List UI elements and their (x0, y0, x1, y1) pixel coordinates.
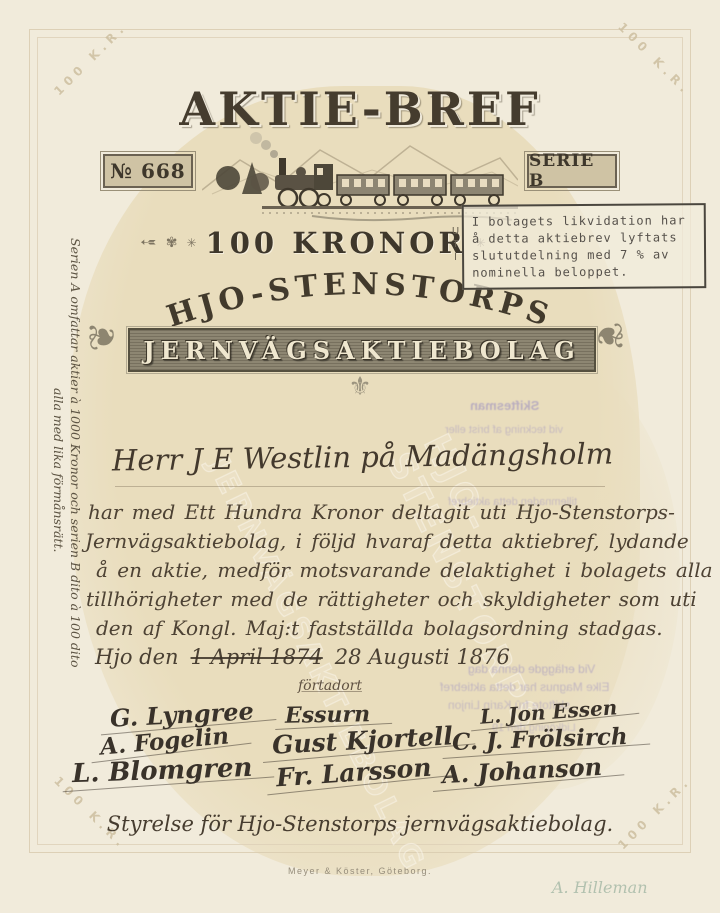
show-through-signature: A. Hilleman (552, 878, 648, 897)
signature: Essurn (285, 701, 371, 728)
date-line: Hjo den 1 April 1874 28 Augusti 1876 (95, 645, 510, 669)
certificate-number-plaque: № 668 (103, 154, 193, 188)
date-prefix: Hjo den (95, 645, 179, 669)
body-text-line: å en aktie, medför motsvarande delaktigh… (96, 558, 713, 582)
company-banner-text: JERNVÄGSAKTIEBOLAG (143, 336, 580, 365)
floral-flourish-icon: ✾ (166, 235, 178, 251)
denomination-row: ➵ ✾ ✳ 100 KRONOR ✳ (140, 226, 486, 260)
certificate-number: № 668 (110, 159, 185, 183)
denomination-suffix: UTI (450, 226, 461, 265)
stamp-line: slututdelning med 7 % av (472, 246, 698, 265)
date-correction-annotation: förtadort (298, 678, 362, 694)
board-caption-line: Styrelse för Hjo-Stenstorps jernvägsakti… (0, 812, 720, 836)
body-text-line: den af Kongl. Maj:t fastställda bolagsor… (96, 616, 663, 640)
struck-date: 1 April 1874 (191, 645, 323, 669)
series-label: SERIE B (529, 151, 615, 191)
margin-note-line: alla med lika förmånsrätt. (50, 238, 67, 778)
body-text-line: tillhörigheter med de rättigheter och sk… (86, 587, 697, 611)
series-plaque: SERIE B (527, 154, 617, 188)
body-text-line: har med Ett Hundra Kronor deltagit uti H… (88, 500, 675, 524)
pendant-ornament-icon: ⚜ (0, 372, 720, 402)
company-name-banner: JERNVÄGSAKTIEBOLAG (128, 328, 596, 372)
stamp-line: nominella beloppet. (472, 263, 698, 282)
revised-date: 28 Augusti 1876 (335, 645, 510, 669)
stamp-line: I bolagets likvidation har (472, 212, 698, 231)
liquidation-stamp: I bolagets likvidation har å detta aktie… (462, 203, 707, 290)
printer-credit: Meyer & Köster, Göteborg. (0, 866, 720, 876)
denomination-amount: 100 KRONOR (206, 226, 467, 260)
holder-name-line: Herr J E Westlin på Madängsholm (112, 437, 614, 478)
share-certificate: 100 K.R. 100 K.R. 100 K.R. 100 K.R. HJO-… (0, 0, 720, 913)
margin-note-line: Serien A omfattar aktier à 1000 Kronor o… (67, 238, 84, 778)
show-through-text: Elke Magnus har detta aktiebref (440, 680, 609, 694)
star-flourish-icon: ✳ (187, 236, 197, 250)
stamp-line: å detta aktiebrev lyftats (472, 229, 698, 248)
body-text-line: Jernvägsaktiebolag, i följd hvaraf detta… (85, 529, 689, 553)
show-through-text: vid teckning af brist eller (445, 424, 563, 436)
ruled-line (115, 486, 605, 487)
fleuron-icon: ❦ (83, 321, 124, 351)
arrow-flourish-icon: ➵ (140, 231, 157, 255)
series-margin-note: Serien A omfattar aktier à 1000 Kronor o… (50, 238, 84, 778)
signature: L. Blomgren (72, 753, 253, 789)
